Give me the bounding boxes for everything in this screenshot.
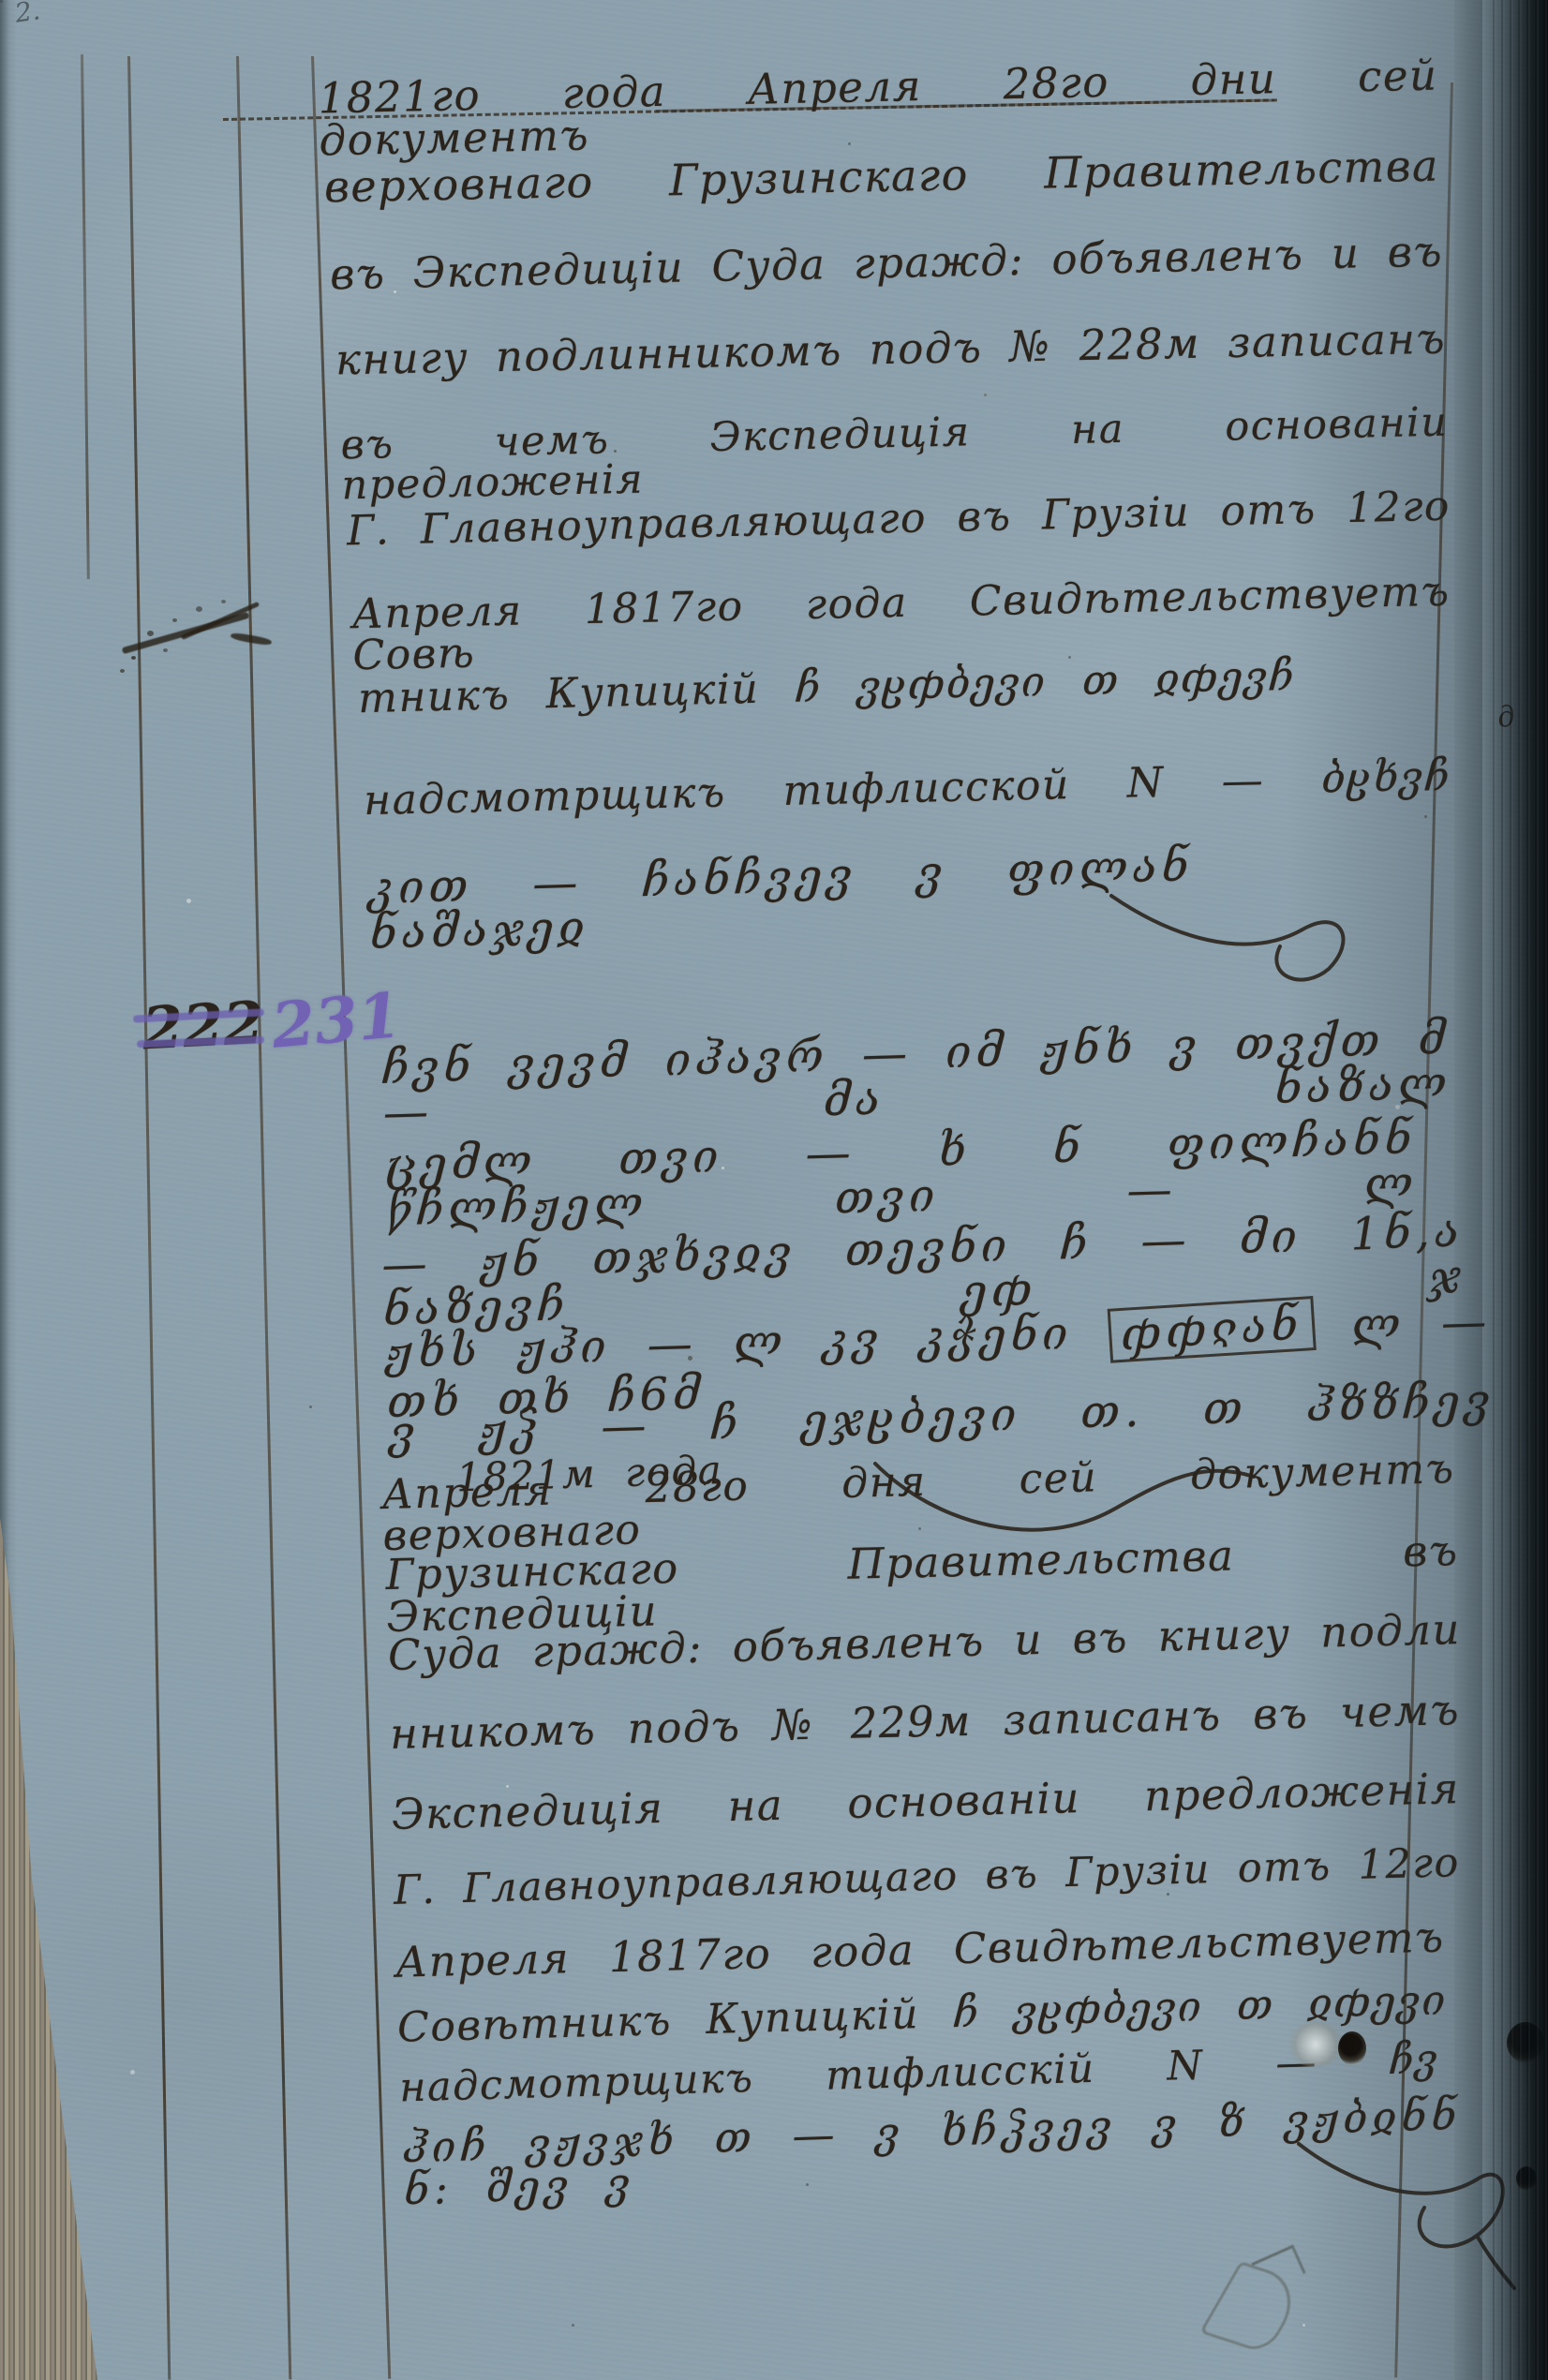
scanned-manuscript-page: 2. 1821го года Апреля 28го дни сей докум… bbox=[0, 0, 1548, 2380]
gutter-shadow bbox=[1286, 0, 1482, 2380]
page-edge-streaks bbox=[1488, 0, 1548, 2380]
ink-splatter bbox=[131, 656, 136, 660]
corner-pencil-mark: 2. bbox=[13, 0, 42, 29]
page-number-old: 222 bbox=[141, 989, 265, 1064]
